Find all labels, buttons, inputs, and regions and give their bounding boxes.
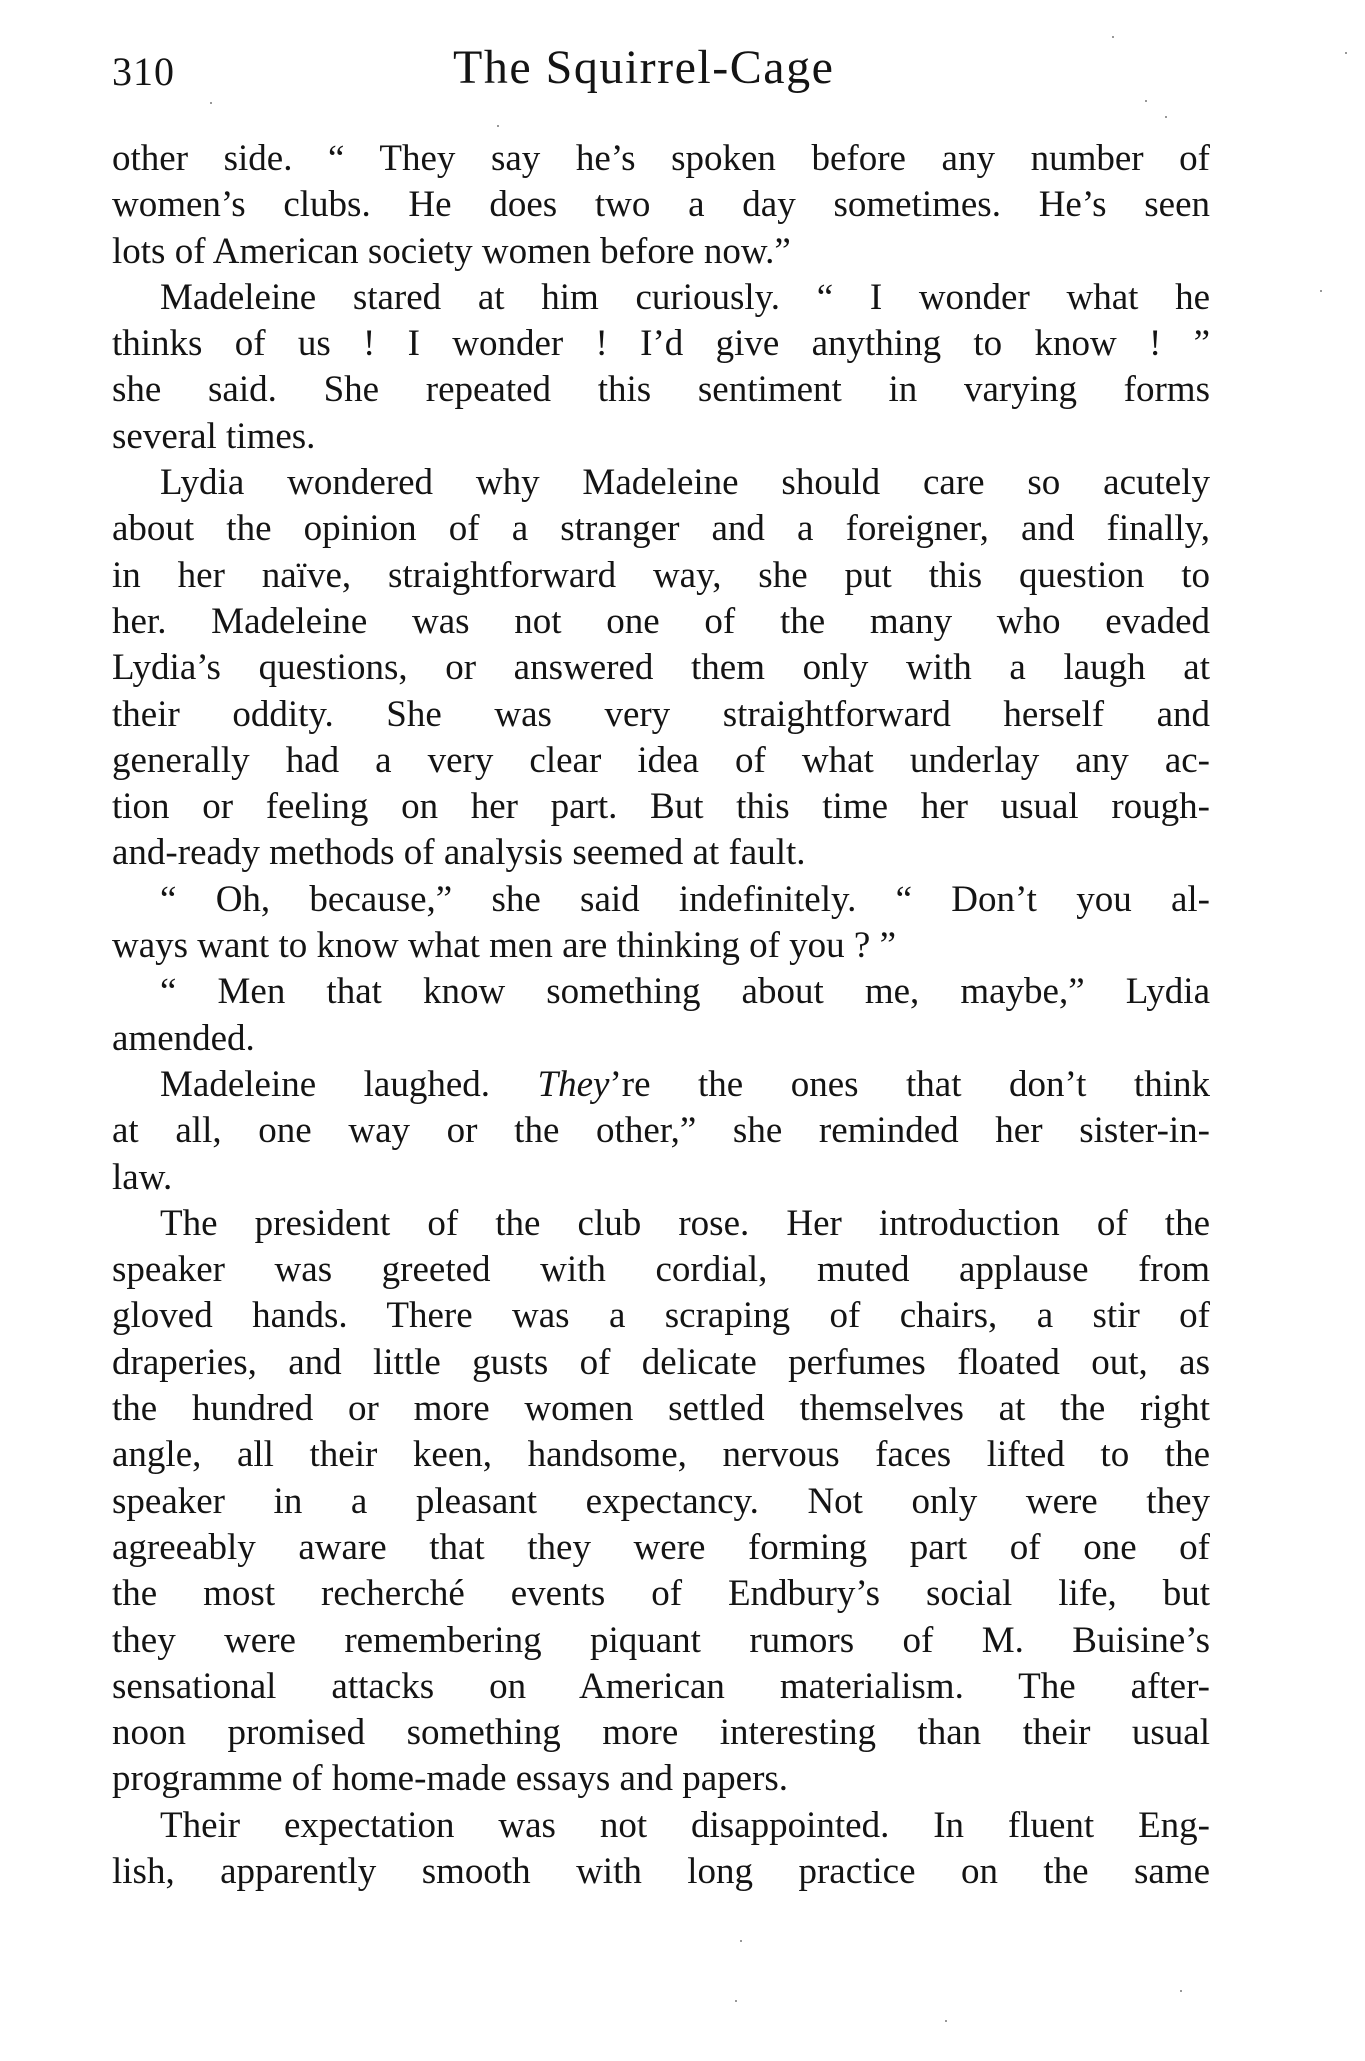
text-segment: angle, all their keen, handsome, nervous… [112, 1434, 1210, 1475]
text-line: Lydia wondered why Madeleine should care… [112, 460, 1210, 506]
text-line: draperies, and little gusts of delicate … [112, 1340, 1210, 1386]
text-line: and-ready methods of analysis seemed at … [112, 830, 1210, 876]
text-segment: noon promised something more interesting… [112, 1712, 1210, 1753]
text-segment: the hundred or more women settled themse… [112, 1388, 1210, 1429]
text-line: they were remembering piquant rumors of … [112, 1618, 1210, 1664]
scan-speck [1112, 36, 1114, 38]
text-line: at all, one way or the other,” she remin… [112, 1108, 1210, 1154]
scan-speck [740, 1940, 742, 1942]
text-segment: she said. She repeated this sentiment in… [112, 369, 1210, 410]
text-segment: her. Madeleine was not one of the many w… [112, 601, 1210, 642]
italic-text: They [538, 1064, 610, 1105]
text-segment: Lydia wondered why Madeleine should care… [160, 462, 1210, 503]
text-segment: “ Oh, because,” she said indefinitely. “… [160, 879, 1210, 920]
text-segment: generally had a very clear idea of what … [112, 740, 1210, 781]
text-line: about the opinion of a stranger and a fo… [112, 506, 1210, 552]
text-segment: Lydia’s questions, or answered them only… [112, 647, 1210, 688]
text-line: lish, apparently smooth with long practi… [112, 1849, 1210, 1895]
text-segment: ways want to know what men are thinking … [112, 925, 896, 966]
scan-speck [1165, 116, 1167, 118]
text-segment: several times. [112, 416, 315, 457]
text-line: generally had a very clear idea of what … [112, 738, 1210, 784]
text-segment: thinks of us ! I wonder ! I’d give anyth… [112, 323, 1210, 364]
text-segment: ’re the ones that don’t think [609, 1064, 1210, 1105]
text-segment: about the opinion of a stranger and a fo… [112, 508, 1210, 549]
text-segment: women’s clubs. He does two a day sometim… [112, 184, 1210, 225]
text-segment: their oddity. She was very straightforwa… [112, 694, 1210, 735]
text-line: tion or feeling on her part. But this ti… [112, 784, 1210, 830]
scan-speck [210, 102, 212, 104]
text-line: ways want to know what men are thinking … [112, 923, 1210, 969]
text-segment: and-ready methods of analysis seemed at … [112, 832, 806, 873]
text-line: their oddity. She was very straightforwa… [112, 692, 1210, 738]
text-segment: draperies, and little gusts of delicate … [112, 1342, 1210, 1383]
text-segment: gloved hands. There was a scraping of ch… [112, 1295, 1210, 1336]
text-segment: sensational attacks on American material… [112, 1666, 1210, 1707]
text-segment: Madeleine laughed. [160, 1064, 538, 1105]
text-segment: other side. “ They say he’s spoken befor… [112, 138, 1210, 179]
text-segment: amended. [112, 1018, 255, 1059]
scan-speck [735, 2000, 737, 2002]
scan-speck [1320, 290, 1322, 292]
text-line: speaker in a pleasant expectancy. Not on… [112, 1479, 1210, 1525]
text-line: Lydia’s questions, or answered them only… [112, 645, 1210, 691]
scan-speck [1180, 1990, 1182, 1992]
text-segment: law. [112, 1157, 172, 1198]
scan-speck [1345, 52, 1347, 54]
text-segment: Their expectation was not disappointed. … [160, 1805, 1210, 1846]
running-head: 310 The Squirrel-Cage [112, 42, 1210, 98]
text-line: The president of the club rose. Her intr… [112, 1201, 1210, 1247]
scan-speck [1145, 100, 1147, 102]
text-segment: lots of American society women before no… [112, 231, 791, 272]
text-segment: at all, one way or the other,” she remin… [112, 1110, 1210, 1151]
text-line: women’s clubs. He does two a day sometim… [112, 182, 1210, 228]
text-segment: Madeleine stared at him curiously. “ I w… [160, 277, 1210, 318]
text-line: speaker was greeted with cordial, muted … [112, 1247, 1210, 1293]
text-line: sensational attacks on American material… [112, 1664, 1210, 1710]
text-line: law. [112, 1155, 1210, 1201]
text-line: Their expectation was not disappointed. … [112, 1803, 1210, 1849]
text-line: lots of American society women before no… [112, 229, 1210, 275]
text-line: the most recherché events of Endbury’s s… [112, 1571, 1210, 1617]
text-segment: speaker in a pleasant expectancy. Not on… [112, 1481, 1210, 1522]
text-line: angle, all their keen, handsome, nervous… [112, 1432, 1210, 1478]
text-segment: programme of home-made essays and papers… [112, 1758, 788, 1799]
text-line: noon promised something more interesting… [112, 1710, 1210, 1756]
text-line: her. Madeleine was not one of the many w… [112, 599, 1210, 645]
text-line: several times. [112, 414, 1210, 460]
text-segment: “ Men that know something about me, mayb… [160, 971, 1210, 1012]
text-line: Madeleine laughed. They’re the ones that… [112, 1062, 1210, 1108]
text-line: thinks of us ! I wonder ! I’d give anyth… [112, 321, 1210, 367]
text-line: in her naïve, straightforward way, she p… [112, 553, 1210, 599]
text-segment: tion or feeling on her part. But this ti… [112, 786, 1210, 827]
body-text: other side. “ They say he’s spoken befor… [112, 136, 1210, 1895]
text-segment: The president of the club rose. Her intr… [160, 1203, 1210, 1244]
text-segment: speaker was greeted with cordial, muted … [112, 1249, 1210, 1290]
text-segment: the most recherché events of Endbury’s s… [112, 1573, 1210, 1614]
text-line: Madeleine stared at him curiously. “ I w… [112, 275, 1210, 321]
text-line: gloved hands. There was a scraping of ch… [112, 1293, 1210, 1339]
running-title: The Squirrel-Cage [453, 42, 834, 94]
text-line: the hundred or more women settled themse… [112, 1386, 1210, 1432]
scan-speck [945, 2020, 947, 2022]
page-number: 310 [112, 48, 175, 96]
text-line: “ Oh, because,” she said indefinitely. “… [112, 877, 1210, 923]
text-line: other side. “ They say he’s spoken befor… [112, 136, 1210, 182]
text-segment: they were remembering piquant rumors of … [112, 1620, 1210, 1661]
text-segment: in her naïve, straightforward way, she p… [112, 555, 1210, 596]
text-line: she said. She repeated this sentiment in… [112, 367, 1210, 413]
text-segment: lish, apparently smooth with long practi… [112, 1851, 1210, 1892]
book-page: 310 The Squirrel-Cage other side. “ They… [0, 0, 1365, 2061]
text-segment: agreeably aware that they were forming p… [112, 1527, 1210, 1568]
text-line: “ Men that know something about me, mayb… [112, 969, 1210, 1015]
text-line: amended. [112, 1016, 1210, 1062]
text-line: programme of home-made essays and papers… [112, 1756, 1210, 1802]
text-line: agreeably aware that they were forming p… [112, 1525, 1210, 1571]
scan-speck [497, 125, 499, 127]
